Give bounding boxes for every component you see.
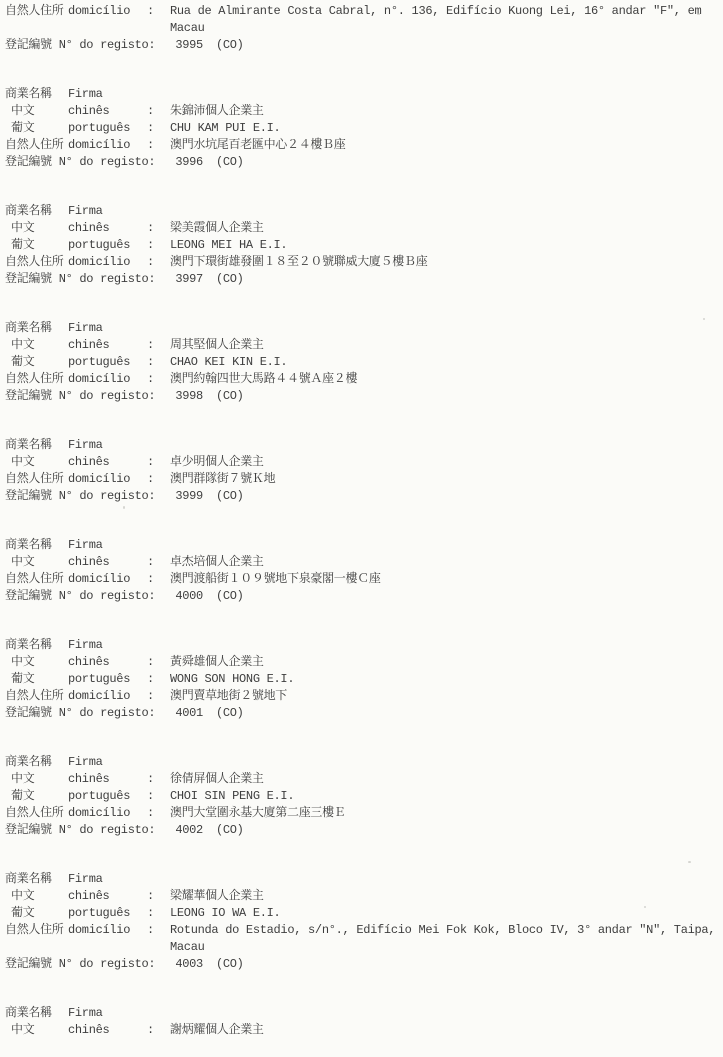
chinese-label-pt: chinês bbox=[68, 454, 147, 471]
chinese-name-row: 中文 chinês : 朱錦沛個人企業主 bbox=[5, 103, 723, 120]
domicile-label-zh: 自然人住所 bbox=[5, 471, 68, 488]
colon: : bbox=[147, 220, 170, 237]
registry-number-suffix: (CO) bbox=[216, 588, 244, 605]
registry-number-suffix: (CO) bbox=[216, 271, 244, 288]
domicile-label-zh: 自然人住所 bbox=[5, 254, 68, 271]
colon: : bbox=[147, 103, 170, 120]
domicile-label-pt: domicílio bbox=[68, 3, 147, 20]
registry-entry: 商業名稱 Firma 中文 chinês : 謝炳耀個人企業主 bbox=[5, 1005, 723, 1039]
firma-label-zh: 商業名稱 bbox=[5, 86, 68, 103]
registry-number-row: 登記編號 N° do registo: 4000 (CO) bbox=[5, 588, 723, 605]
registry-number-suffix: (CO) bbox=[216, 388, 244, 405]
domicile-value: 澳門下環街雄發圍１８至２０號聯威大廈５樓Ｂ座 bbox=[170, 254, 427, 271]
business-name-header-row: 商業名稱 Firma bbox=[5, 537, 723, 554]
firma-label-pt: Firma bbox=[68, 320, 147, 337]
domicile-row: 自然人住所 domicílio : 澳門下環街雄發圍１８至２０號聯威大廈５樓Ｂ座 bbox=[5, 254, 723, 271]
registry-number-value: 4002 bbox=[175, 822, 203, 839]
portuguese-name-value: CHAO KEI KIN E.I. bbox=[170, 354, 287, 371]
domicile-value-continuation: Macau bbox=[170, 939, 205, 956]
chinese-label-zh: 中文 bbox=[5, 554, 68, 571]
registry-number-label: 登記編號 N° do registo: bbox=[5, 956, 155, 973]
portuguese-name-row: 葡文 português : LEONG MEI HA E.I. bbox=[5, 237, 723, 254]
domicile-value: 澳門大堂圍永基大廈第二座三樓Ｅ bbox=[170, 805, 346, 822]
domicile-value: 澳門群隊街７號Ｋ地 bbox=[170, 471, 275, 488]
domicile-row: 自然人住所 domicílio : 澳門水坑尾百老匯中心２４樓Ｂ座 bbox=[5, 137, 723, 154]
chinese-name-row: 中文 chinês : 梁美霞個人企業主 bbox=[5, 220, 723, 237]
business-name-header-row: 商業名稱 Firma bbox=[5, 203, 723, 220]
registry-number-value: 4003 bbox=[175, 956, 203, 973]
business-name-header-row: 商業名稱 Firma bbox=[5, 86, 723, 103]
registry-number-label: 登記編號 N° do registo: bbox=[5, 588, 155, 605]
chinese-label-pt: chinês bbox=[68, 654, 147, 671]
registry-entry: 自然人住所 domicílio : Rua de Almirante Costa… bbox=[5, 3, 723, 54]
portuguese-label-zh: 葡文 bbox=[5, 354, 68, 371]
registry-number-row: 登記編號 N° do registo: 3998 (CO) bbox=[5, 388, 723, 405]
chinese-name-value: 黃舜雄個人企業主 bbox=[170, 654, 264, 671]
firma-label-zh: 商業名稱 bbox=[5, 320, 68, 337]
domicile-continuation-row: Macau bbox=[5, 20, 723, 37]
domicile-label-zh: 自然人住所 bbox=[5, 137, 68, 154]
registry-number-value: 3999 bbox=[175, 488, 203, 505]
firma-label-pt: Firma bbox=[68, 754, 147, 771]
colon: : bbox=[147, 788, 170, 805]
domicile-row: 自然人住所 domicílio : 澳門賣草地街２號地下 bbox=[5, 688, 723, 705]
chinese-name-value: 朱錦沛個人企業主 bbox=[170, 103, 264, 120]
registry-number-row: 登記編號 N° do registo: 3996 (CO) bbox=[5, 154, 723, 171]
portuguese-label-pt: português bbox=[68, 354, 147, 371]
chinese-name-value: 卓杰培個人企業主 bbox=[170, 554, 264, 571]
portuguese-name-value: CHOI SIN PENG E.I. bbox=[170, 788, 294, 805]
domicile-label-zh: 自然人住所 bbox=[5, 805, 68, 822]
domicile-label-zh: 自然人住所 bbox=[5, 3, 68, 20]
registry-entry: 商業名稱 Firma 中文 chinês : 周其堅個人企業主 葡文 portu… bbox=[5, 320, 723, 405]
chinese-label-zh: 中文 bbox=[5, 654, 68, 671]
registry-number-value: 3995 bbox=[175, 37, 203, 54]
colon: : bbox=[147, 571, 170, 588]
portuguese-name-row: 葡文 português : LEONG IO WA E.I. bbox=[5, 905, 723, 922]
business-name-header-row: 商業名稱 Firma bbox=[5, 437, 723, 454]
domicile-label-pt: domicílio bbox=[68, 471, 147, 488]
colon: : bbox=[147, 371, 170, 388]
colon: : bbox=[147, 354, 170, 371]
chinese-name-value: 周其堅個人企業主 bbox=[170, 337, 264, 354]
firma-label-pt: Firma bbox=[68, 871, 147, 888]
domicile-label-pt: domicílio bbox=[68, 571, 147, 588]
business-name-header-row: 商業名稱 Firma bbox=[5, 320, 723, 337]
registry-number-label: 登記編號 N° do registo: bbox=[5, 154, 155, 171]
domicile-value: Rotunda do Estadio, s/n°., Edifício Mei … bbox=[170, 922, 715, 939]
firma-label-pt: Firma bbox=[68, 1005, 147, 1022]
colon: : bbox=[147, 454, 170, 471]
chinese-name-value: 徐倩屏個人企業主 bbox=[170, 771, 264, 788]
registry-number-suffix: (CO) bbox=[216, 154, 244, 171]
chinese-label-pt: chinês bbox=[68, 337, 147, 354]
business-name-header-row: 商業名稱 Firma bbox=[5, 637, 723, 654]
firma-label-pt: Firma bbox=[68, 437, 147, 454]
business-name-header-row: 商業名稱 Firma bbox=[5, 1005, 723, 1022]
firma-label-zh: 商業名稱 bbox=[5, 754, 68, 771]
chinese-label-zh: 中文 bbox=[5, 337, 68, 354]
registry-number-row: 登記編號 N° do registo: 3997 (CO) bbox=[5, 271, 723, 288]
firma-label-pt: Firma bbox=[68, 637, 147, 654]
scanned-registry-page: 自然人住所 domicílio : Rua de Almirante Costa… bbox=[0, 0, 723, 1057]
registry-entry: 商業名稱 Firma 中文 chinês : 卓少明個人企業主 自然人住所 do… bbox=[5, 437, 723, 505]
portuguese-name-value: CHU KAM PUI E.I. bbox=[170, 120, 280, 137]
domicile-label-zh: 自然人住所 bbox=[5, 922, 68, 939]
chinese-name-value: 梁耀華個人企業主 bbox=[170, 888, 264, 905]
registry-number-row: 登記編號 N° do registo: 4002 (CO) bbox=[5, 822, 723, 839]
domicile-label-pt: domicílio bbox=[68, 688, 147, 705]
indent-spacer bbox=[5, 939, 170, 956]
registry-number-label: 登記編號 N° do registo: bbox=[5, 822, 155, 839]
scan-noise bbox=[644, 906, 646, 908]
colon: : bbox=[147, 805, 170, 822]
colon: : bbox=[147, 905, 170, 922]
colon: : bbox=[147, 471, 170, 488]
chinese-label-zh: 中文 bbox=[5, 1022, 68, 1039]
colon: : bbox=[147, 254, 170, 271]
chinese-label-pt: chinês bbox=[68, 220, 147, 237]
domicile-value: 澳門賣草地街２號地下 bbox=[170, 688, 287, 705]
domicile-value-continuation: Macau bbox=[170, 20, 205, 37]
registry-number-row: 登記編號 N° do registo: 4003 (CO) bbox=[5, 956, 723, 973]
registry-number-suffix: (CO) bbox=[216, 37, 244, 54]
registry-entry: 商業名稱 Firma 中文 chinês : 梁耀華個人企業主 葡文 portu… bbox=[5, 871, 723, 973]
domicile-continuation-row: Macau bbox=[5, 939, 723, 956]
registry-number-suffix: (CO) bbox=[216, 488, 244, 505]
colon: : bbox=[147, 888, 170, 905]
registry-number-value: 4000 bbox=[175, 588, 203, 605]
domicile-label-pt: domicílio bbox=[68, 137, 147, 154]
chinese-label-zh: 中文 bbox=[5, 888, 68, 905]
registry-entry: 商業名稱 Firma 中文 chinês : 卓杰培個人企業主 自然人住所 do… bbox=[5, 537, 723, 605]
colon: : bbox=[147, 1022, 170, 1039]
colon: : bbox=[147, 671, 170, 688]
portuguese-label-pt: português bbox=[68, 120, 147, 137]
colon: : bbox=[147, 3, 170, 20]
registry-number-label: 登記編號 N° do registo: bbox=[5, 37, 155, 54]
registry-number-value: 3997 bbox=[175, 271, 203, 288]
portuguese-label-pt: português bbox=[68, 237, 147, 254]
domicile-row: 自然人住所 domicílio : Rotunda do Estadio, s/… bbox=[5, 922, 723, 939]
chinese-name-value: 梁美霞個人企業主 bbox=[170, 220, 264, 237]
portuguese-name-row: 葡文 português : WONG SON HONG E.I. bbox=[5, 671, 723, 688]
scan-noise bbox=[703, 318, 705, 320]
colon: : bbox=[147, 688, 170, 705]
chinese-label-zh: 中文 bbox=[5, 771, 68, 788]
colon: : bbox=[147, 771, 170, 788]
scan-noise bbox=[688, 861, 691, 863]
portuguese-label-pt: português bbox=[68, 905, 147, 922]
portuguese-label-zh: 葡文 bbox=[5, 120, 68, 137]
registry-number-row: 登記編號 N° do registo: 3999 (CO) bbox=[5, 488, 723, 505]
chinese-label-pt: chinês bbox=[68, 1022, 147, 1039]
firma-label-zh: 商業名稱 bbox=[5, 1005, 68, 1022]
chinese-name-row: 中文 chinês : 周其堅個人企業主 bbox=[5, 337, 723, 354]
chinese-name-row: 中文 chinês : 卓少明個人企業主 bbox=[5, 454, 723, 471]
portuguese-label-zh: 葡文 bbox=[5, 237, 68, 254]
registry-number-row: 登記編號 N° do registo: 3995 (CO) bbox=[5, 37, 723, 54]
registry-number-value: 3996 bbox=[175, 154, 203, 171]
chinese-name-row: 中文 chinês : 卓杰培個人企業主 bbox=[5, 554, 723, 571]
registry-number-label: 登記編號 N° do registo: bbox=[5, 271, 155, 288]
domicile-label-zh: 自然人住所 bbox=[5, 571, 68, 588]
chinese-name-row: 中文 chinês : 謝炳耀個人企業主 bbox=[5, 1022, 723, 1039]
domicile-label-zh: 自然人住所 bbox=[5, 688, 68, 705]
chinese-label-pt: chinês bbox=[68, 771, 147, 788]
domicile-row: 自然人住所 domicílio : 澳門大堂圍永基大廈第二座三樓Ｅ bbox=[5, 805, 723, 822]
portuguese-name-row: 葡文 português : CHAO KEI KIN E.I. bbox=[5, 354, 723, 371]
domicile-row: 自然人住所 domicílio : 澳門渡船街１０９號地下泉豪閣一樓Ｃ座 bbox=[5, 571, 723, 588]
chinese-name-row: 中文 chinês : 梁耀華個人企業主 bbox=[5, 888, 723, 905]
chinese-label-pt: chinês bbox=[68, 888, 147, 905]
chinese-label-zh: 中文 bbox=[5, 103, 68, 120]
firma-label-pt: Firma bbox=[68, 203, 147, 220]
domicile-label-pt: domicílio bbox=[68, 805, 147, 822]
chinese-label-pt: chinês bbox=[68, 554, 147, 571]
chinese-name-value: 謝炳耀個人企業主 bbox=[170, 1022, 264, 1039]
indent-spacer bbox=[5, 20, 170, 37]
domicile-row: 自然人住所 domicílio : 澳門約翰四世大馬路４４號Ａ座２樓 bbox=[5, 371, 723, 388]
firma-label-zh: 商業名稱 bbox=[5, 203, 68, 220]
scan-noise bbox=[697, 13, 700, 15]
domicile-label-pt: domicílio bbox=[68, 922, 147, 939]
chinese-name-row: 中文 chinês : 黃舜雄個人企業主 bbox=[5, 654, 723, 671]
portuguese-name-row: 葡文 português : CHOI SIN PENG E.I. bbox=[5, 788, 723, 805]
chinese-label-zh: 中文 bbox=[5, 220, 68, 237]
portuguese-name-row: 葡文 português : CHU KAM PUI E.I. bbox=[5, 120, 723, 137]
firma-label-zh: 商業名稱 bbox=[5, 637, 68, 654]
registry-number-label: 登記編號 N° do registo: bbox=[5, 488, 155, 505]
registry-entry: 商業名稱 Firma 中文 chinês : 黃舜雄個人企業主 葡文 portu… bbox=[5, 637, 723, 722]
portuguese-name-value: LEONG IO WA E.I. bbox=[170, 905, 280, 922]
domicile-label-pt: domicílio bbox=[68, 371, 147, 388]
colon: : bbox=[147, 922, 170, 939]
chinese-name-row: 中文 chinês : 徐倩屏個人企業主 bbox=[5, 771, 723, 788]
registry-number-suffix: (CO) bbox=[216, 822, 244, 839]
scan-noise bbox=[123, 506, 125, 509]
firma-label-zh: 商業名稱 bbox=[5, 537, 68, 554]
colon: : bbox=[147, 120, 170, 137]
domicile-label-pt: domicílio bbox=[68, 254, 147, 271]
colon: : bbox=[147, 337, 170, 354]
business-name-header-row: 商業名稱 Firma bbox=[5, 754, 723, 771]
portuguese-name-value: LEONG MEI HA E.I. bbox=[170, 237, 287, 254]
registry-number-label: 登記編號 N° do registo: bbox=[5, 388, 155, 405]
portuguese-label-zh: 葡文 bbox=[5, 671, 68, 688]
registry-number-suffix: (CO) bbox=[216, 956, 244, 973]
domicile-row: 自然人住所 domicílio : 澳門群隊街７號Ｋ地 bbox=[5, 471, 723, 488]
registry-number-row: 登記編號 N° do registo: 4001 (CO) bbox=[5, 705, 723, 722]
domicile-value: 澳門渡船街１０９號地下泉豪閣一樓Ｃ座 bbox=[170, 571, 381, 588]
registry-number-label: 登記編號 N° do registo: bbox=[5, 705, 155, 722]
chinese-label-zh: 中文 bbox=[5, 454, 68, 471]
portuguese-name-value: WONG SON HONG E.I. bbox=[170, 671, 294, 688]
portuguese-label-zh: 葡文 bbox=[5, 905, 68, 922]
portuguese-label-zh: 葡文 bbox=[5, 788, 68, 805]
registry-entry: 商業名稱 Firma 中文 chinês : 徐倩屏個人企業主 葡文 portu… bbox=[5, 754, 723, 839]
colon: : bbox=[147, 137, 170, 154]
registry-entry: 商業名稱 Firma 中文 chinês : 朱錦沛個人企業主 葡文 portu… bbox=[5, 86, 723, 171]
chinese-label-pt: chinês bbox=[68, 103, 147, 120]
colon: : bbox=[147, 654, 170, 671]
registry-entry: 商業名稱 Firma 中文 chinês : 梁美霞個人企業主 葡文 portu… bbox=[5, 203, 723, 288]
domicile-value: 澳門水坑尾百老匯中心２４樓Ｂ座 bbox=[170, 137, 346, 154]
portuguese-label-pt: português bbox=[68, 671, 147, 688]
registry-number-value: 4001 bbox=[175, 705, 203, 722]
registry-number-suffix: (CO) bbox=[216, 705, 244, 722]
firma-label-pt: Firma bbox=[68, 86, 147, 103]
domicile-label-zh: 自然人住所 bbox=[5, 371, 68, 388]
firma-label-pt: Firma bbox=[68, 537, 147, 554]
domicile-value: 澳門約翰四世大馬路４４號Ａ座２樓 bbox=[170, 371, 357, 388]
colon: : bbox=[147, 237, 170, 254]
firma-label-zh: 商業名稱 bbox=[5, 437, 68, 454]
colon: : bbox=[147, 554, 170, 571]
chinese-name-value: 卓少明個人企業主 bbox=[170, 454, 264, 471]
firma-label-zh: 商業名稱 bbox=[5, 871, 68, 888]
domicile-row: 自然人住所 domicílio : Rua de Almirante Costa… bbox=[5, 3, 723, 20]
portuguese-label-pt: português bbox=[68, 788, 147, 805]
domicile-value: Rua de Almirante Costa Cabral, n°. 136, … bbox=[170, 3, 701, 20]
registry-number-value: 3998 bbox=[175, 388, 203, 405]
business-name-header-row: 商業名稱 Firma bbox=[5, 871, 723, 888]
